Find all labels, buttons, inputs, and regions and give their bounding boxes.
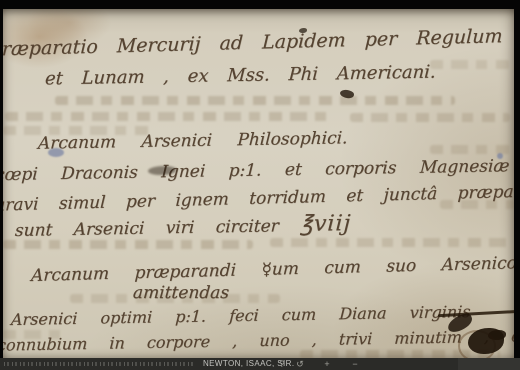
- manuscript-line-body-5: Arsenici optimi p:1. feci cum Diana virg…: [11, 302, 471, 329]
- bleed-through: [350, 113, 510, 122]
- manuscript-line-title-2: et Lunam , ex Mss. Phi Americani.: [44, 62, 436, 90]
- bleed-through: [5, 112, 335, 121]
- bar-right-segment: [458, 358, 520, 370]
- rotate-icon[interactable]: ↺: [294, 358, 306, 370]
- manuscript-line-heading-arsenic: Arcanum Arsenici Philosophici.: [37, 128, 348, 153]
- manuscript-line-title-1: Præparatio Mercurij ad Lapidem per Regul…: [3, 23, 514, 60]
- viewer-bottom-bar: NEWTON, ISAAC, SIR. ? ↺ + −: [0, 358, 520, 370]
- ounce-symbol-quantity: ℥viij: [300, 211, 352, 237]
- help-button[interactable]: ?: [276, 358, 288, 370]
- manuscript-line-body-2: aravi simul per ignem torridum et junctâ…: [3, 180, 514, 215]
- bleed-through: [430, 60, 510, 69]
- manuscript-page-image[interactable]: Præparatio Mercurij ad Lapidem per Regul…: [3, 9, 514, 358]
- blue-ink-smudge: [48, 148, 64, 157]
- manuscript-viewer: Præparatio Mercurij ad Lapidem per Regul…: [0, 0, 520, 370]
- blue-ink-dot: [497, 153, 503, 159]
- manuscript-line-body-1: cœpi Draconis Ignei p:1. et corporis Mag…: [3, 155, 514, 185]
- zoom-in-button[interactable]: +: [321, 358, 333, 370]
- zoom-out-button[interactable]: −: [349, 358, 361, 370]
- manuscript-line-body-3-text: sunt Arsenici viri circiter: [14, 216, 279, 241]
- manuscript-line-heading-arcanum-2: Arcanum præparandi ☿um cum suo Arsenico …: [31, 252, 514, 286]
- bleed-through: [55, 96, 455, 105]
- bleed-through: [270, 238, 510, 247]
- manuscript-line-body-4: amittendas: [132, 283, 230, 303]
- fine-print-text: [4, 362, 194, 366]
